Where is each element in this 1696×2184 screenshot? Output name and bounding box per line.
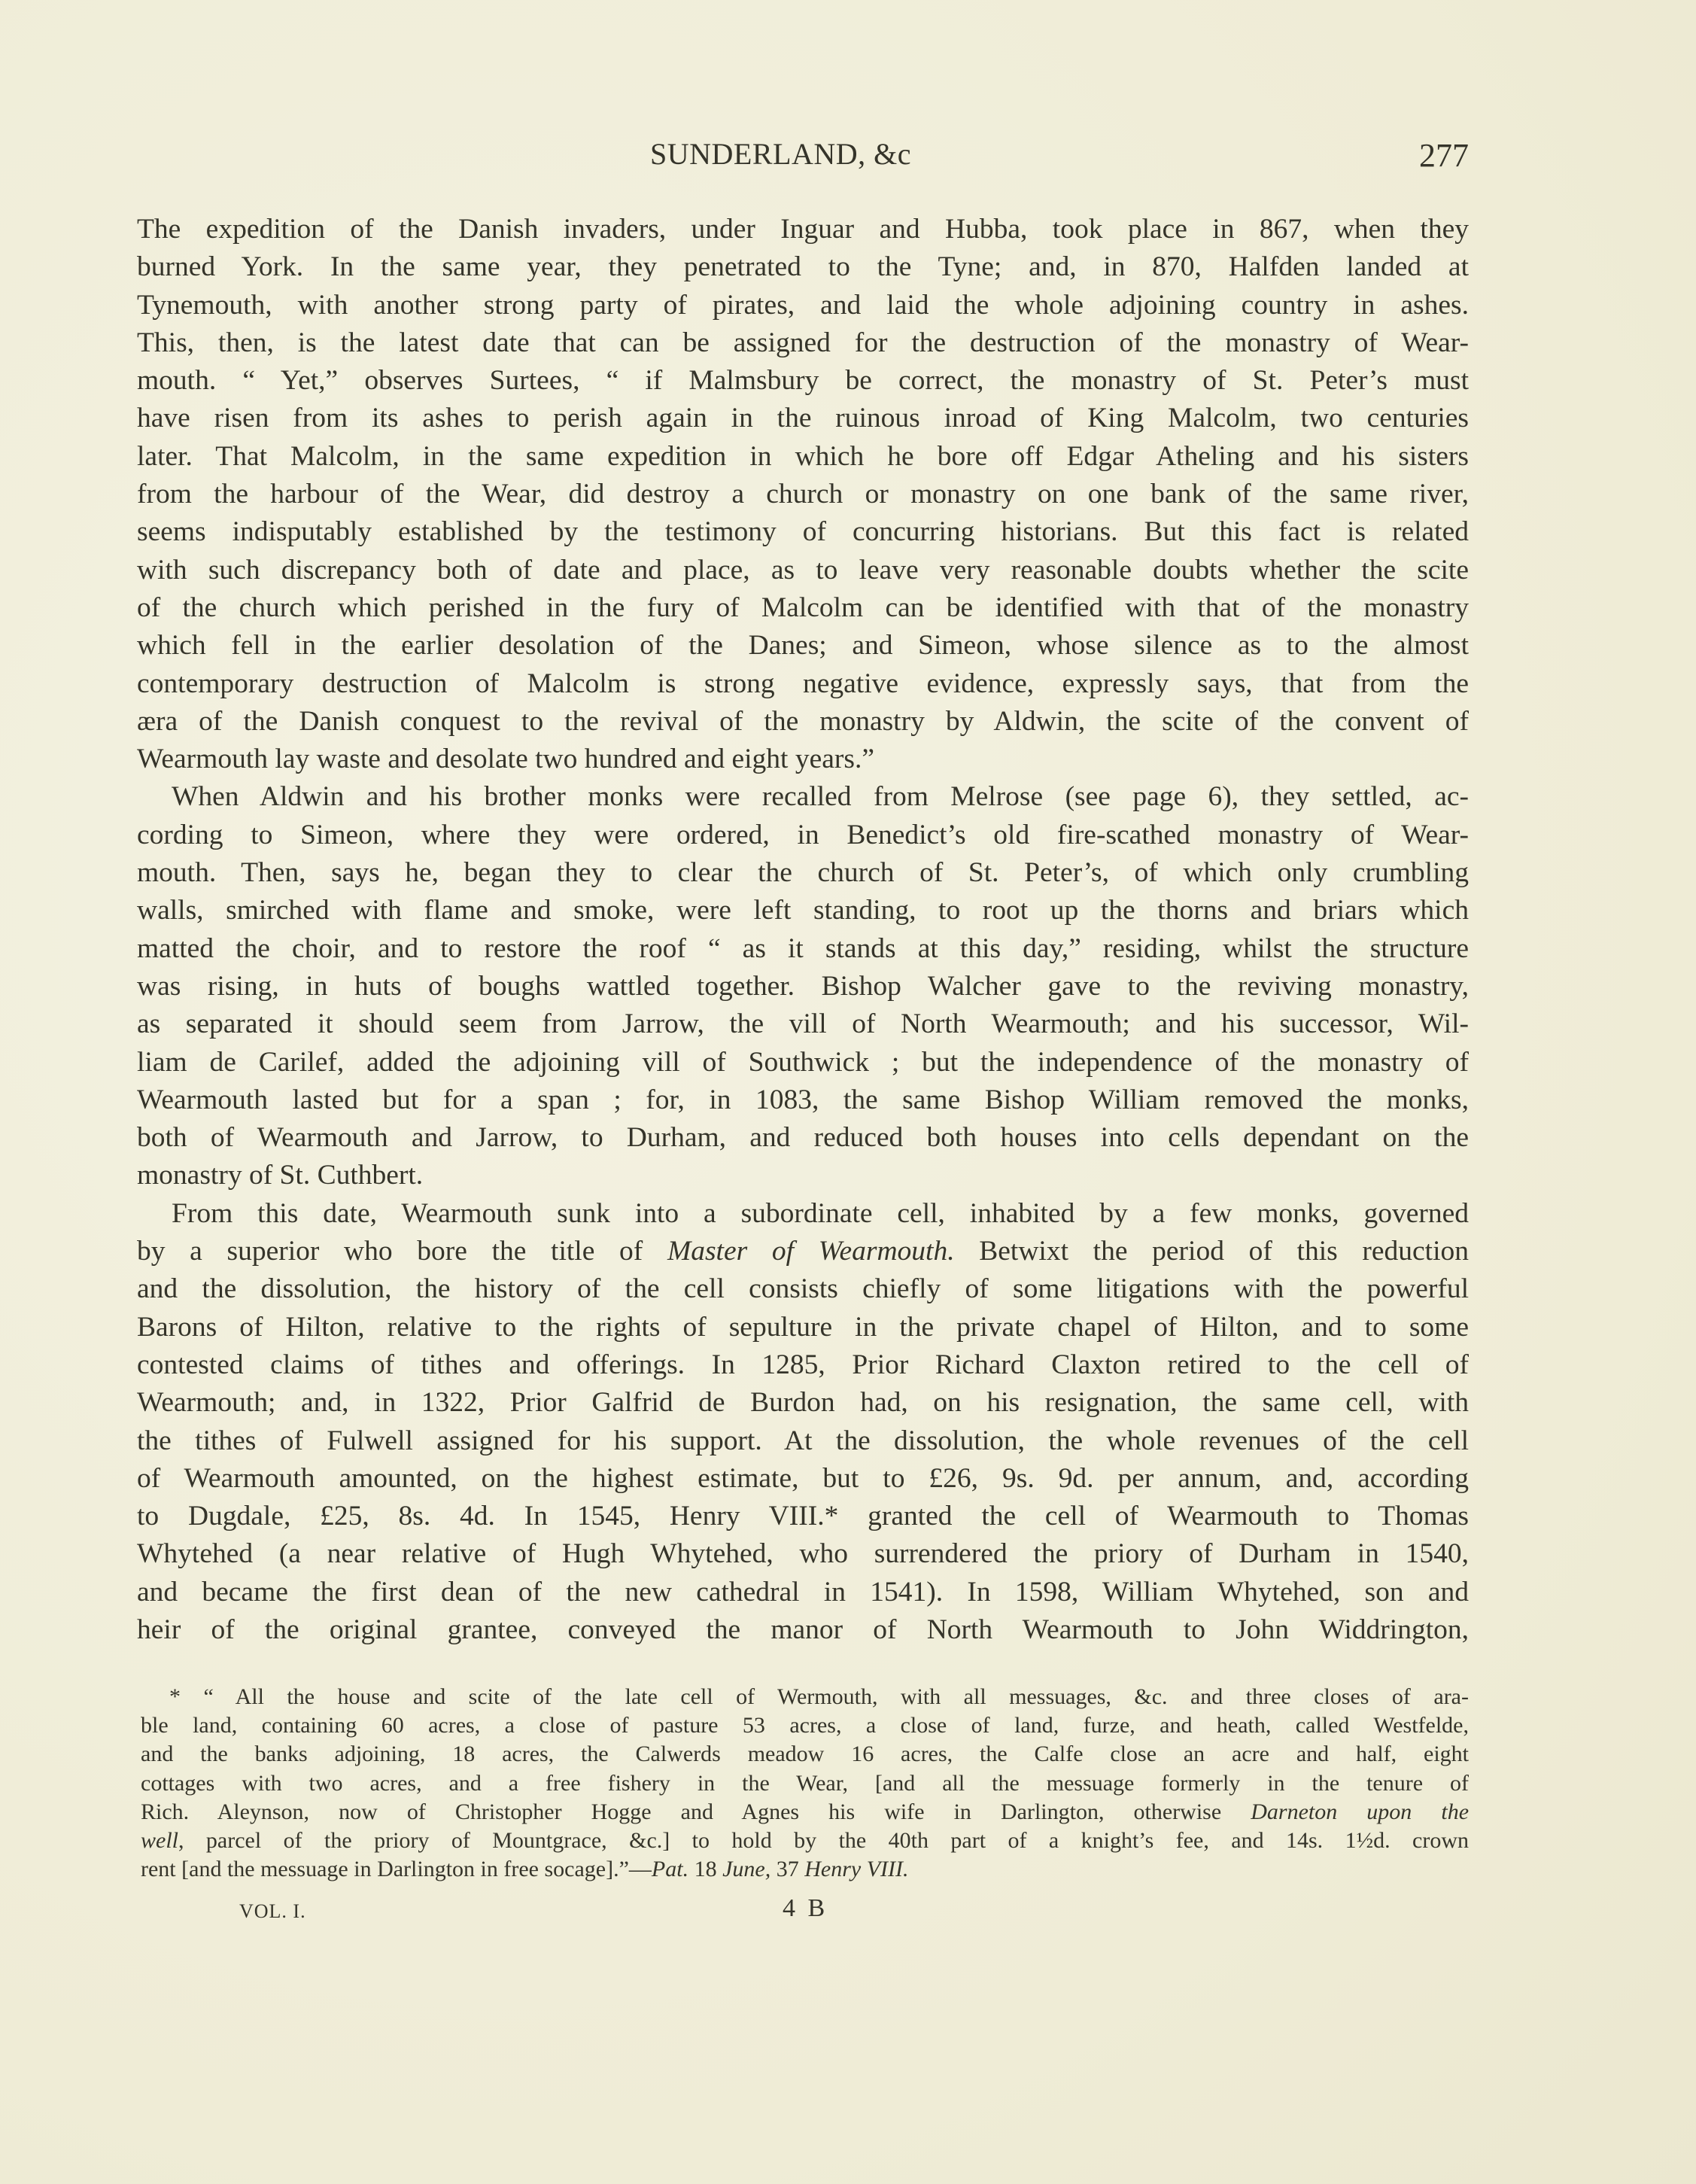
text-line: from the harbour of the Wear, did destro… xyxy=(137,476,1469,513)
text-line: This, then, is the latest date that can … xyxy=(137,324,1469,362)
footnote-line: ble land, containing 60 acres, a close o… xyxy=(141,1711,1469,1740)
text-line: both of Wearmouth and Jarrow, to Durham,… xyxy=(137,1119,1469,1157)
text-line: Tynemouth, with another strong party of … xyxy=(137,287,1469,324)
text-line: as separated it should seem from Jarrow,… xyxy=(137,1005,1469,1043)
text-line: of the church which perished in the fury… xyxy=(137,589,1469,627)
text-line: matted the choir, and to restore the roo… xyxy=(137,930,1469,968)
footnote: * “ All the house and scite of the late … xyxy=(141,1683,1469,1884)
text-line: contemporary destruction of Malcolm is s… xyxy=(137,665,1469,703)
main-text: The expedition of the Danish invaders, u… xyxy=(137,211,1469,1649)
text-line: Whytehed (a near relative of Hugh Whyteh… xyxy=(137,1535,1469,1573)
italic-place: well xyxy=(141,1828,178,1853)
italic-citation: Henry VIII. xyxy=(804,1857,908,1881)
signature-mark: 4 B xyxy=(783,1894,828,1924)
text-line: The expedition of the Danish invaders, u… xyxy=(137,211,1469,248)
text-line: walls, smirched with flame and smoke, we… xyxy=(137,892,1469,929)
running-head: SUNDERLAND, &c 277 xyxy=(137,135,1469,173)
italic-citation: June, xyxy=(722,1857,770,1881)
text-line: contested claims of tithes and offerings… xyxy=(137,1346,1469,1384)
footnote-line: rent [and the messuage in Darlington in … xyxy=(141,1855,1469,1884)
text-run: 18 xyxy=(688,1857,722,1881)
text-run: , parcel of the priory of Mountgrace, &c… xyxy=(178,1828,1469,1853)
text-line: to Dugdale, £25, 8s. 4d. In 1545, Henry … xyxy=(137,1498,1469,1535)
page-footer: VOL. I. 4 B xyxy=(137,1897,1469,1927)
text-line: by a superior who bore the title of Mast… xyxy=(137,1233,1469,1270)
text-line: the tithes of Fulwell assigned for his s… xyxy=(137,1422,1469,1460)
text-run: by a superior who bore the title of xyxy=(137,1236,667,1267)
text-line: later. That Malcolm, in the same expedit… xyxy=(137,438,1469,476)
paragraph-start-line: When Aldwin and his brother monks were r… xyxy=(137,778,1469,816)
paragraph-start-line: From this date, Wearmouth sunk into a su… xyxy=(137,1195,1469,1233)
italic-place: Darneton upon the xyxy=(1251,1799,1469,1824)
text-run: Rich. Aleynson, now of Christopher Hogge… xyxy=(141,1799,1251,1824)
footnote-line: and the banks adjoining, 18 acres, the C… xyxy=(141,1740,1469,1769)
text-run: 37 xyxy=(770,1857,804,1881)
footnote-line: Rich. Aleynson, now of Christopher Hogge… xyxy=(141,1798,1469,1827)
italic-citation: Pat. xyxy=(652,1857,688,1881)
text-run: rent [and the messuage in Darlington in … xyxy=(141,1857,652,1881)
text-line: monastry of St. Cuthbert. xyxy=(137,1157,1469,1194)
page-number: 277 xyxy=(1419,137,1469,175)
text-line: with such discrepancy both of date and p… xyxy=(137,552,1469,589)
italic-title: Master of Wearmouth. xyxy=(667,1236,955,1267)
text-run: Betwixt the period of this reduction xyxy=(955,1236,1469,1267)
text-line: have risen from its ashes to perish agai… xyxy=(137,400,1469,437)
text-line: Wearmouth; and, in 1322, Prior Galfrid d… xyxy=(137,1384,1469,1422)
text-line: Wearmouth lay waste and desolate two hun… xyxy=(137,741,1469,778)
text-line: liam de Carilef, added the adjoining vil… xyxy=(137,1044,1469,1081)
text-line: and became the first dean of the new cat… xyxy=(137,1574,1469,1611)
text-line: heir of the original grantee, conveyed t… xyxy=(137,1611,1469,1649)
text-line: Wearmouth lasted but for a span ; for, i… xyxy=(137,1081,1469,1119)
text-line: burned York. In the same year, they pene… xyxy=(137,248,1469,286)
text-line: mouth. Then, says he, began they to clea… xyxy=(137,854,1469,892)
footnote-line: well, parcel of the priory of Mountgrace… xyxy=(141,1827,1469,1855)
text-line: was rising, in huts of boughs wattled to… xyxy=(137,968,1469,1005)
text-line: mouth. “ Yet,” observes Surtees, “ if Ma… xyxy=(137,362,1469,400)
footnote-line: * “ All the house and scite of the late … xyxy=(141,1683,1469,1711)
text-line: seems indisputably established by the te… xyxy=(137,513,1469,551)
text-line: Barons of Hilton, relative to the rights… xyxy=(137,1309,1469,1346)
book-page: SUNDERLAND, &c 277 The expedition of the… xyxy=(0,0,1696,2184)
running-title: SUNDERLAND, &c xyxy=(650,135,911,173)
volume-mark: VOL. I. xyxy=(239,1897,306,1927)
text-line: æra of the Danish conquest to the reviva… xyxy=(137,703,1469,741)
footnote-line: cottages with two acres, and a free fish… xyxy=(141,1769,1469,1798)
text-line: of Wearmouth amounted, on the highest es… xyxy=(137,1460,1469,1498)
text-line: which fell in the earlier desolation of … xyxy=(137,627,1469,665)
text-line: cording to Simeon, where they were order… xyxy=(137,817,1469,854)
text-line: and the dissolution, the history of the … xyxy=(137,1270,1469,1308)
